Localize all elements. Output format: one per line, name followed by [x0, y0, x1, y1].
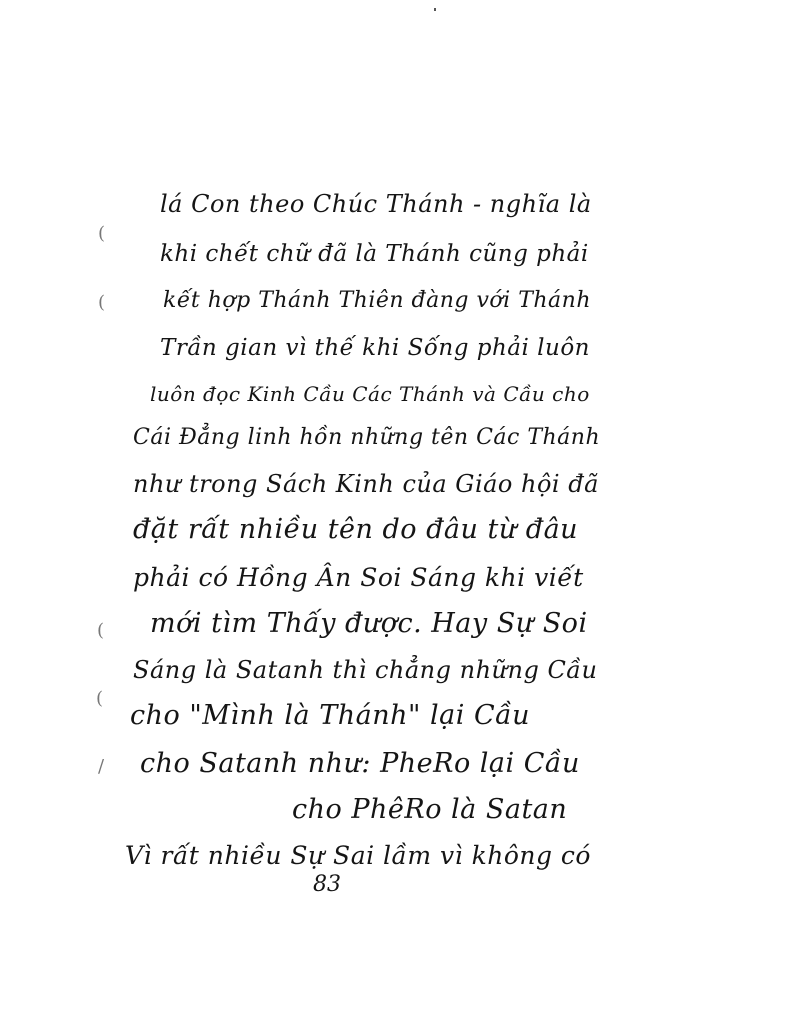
margin-mark: ( [97, 622, 104, 640]
text-line-6: Cái Đẳng linh hồn những tên Các Thánh [133, 420, 600, 456]
text-line-2: khi chết chữ đã là Thánh cũng phải [160, 236, 589, 272]
margin-mark: ( [96, 690, 103, 708]
text-line-15: Vì rất nhiều Sự Sai lầm vì không có [125, 838, 591, 874]
text-line-1: lá Con theo Chúc Thánh - nghĩa là [160, 186, 592, 222]
text-line-10: mới tìm Thấy được. Hay Sự Soi [150, 606, 588, 642]
text-line-12: cho "Mình là Thánh" lại Cầu [130, 698, 530, 734]
text-line-5: luôn đọc Kinh Cầu Các Thánh và Cầu cho [150, 376, 590, 412]
text-line-7: như trong Sách Kinh của Giáo hội đã [133, 466, 599, 502]
margin-mark: / [98, 758, 104, 776]
page-number: 83 [313, 872, 341, 897]
text-line-4: Trần gian vì thế khi Sống phải luôn [160, 330, 590, 366]
margin-mark: ( [98, 294, 105, 312]
text-line-11: Sáng là Satanh thì chẳng những Cầu [133, 652, 597, 688]
margin-mark: ( [98, 225, 105, 243]
text-line-13: cho Satanh như: PheRo lại Cầu [140, 746, 580, 782]
text-line-3: kết hợp Thánh Thiên đàng với Thánh [163, 283, 591, 319]
text-line-9: phải có Hồng Ân Soi Sáng khi viết [133, 560, 584, 596]
paper-speck [434, 8, 436, 11]
text-line-14: cho PhêRo là Satan [292, 792, 567, 828]
handwritten-page: ( ( ( ( / lá Con theo Chúc Thánh - nghĩa… [0, 0, 791, 1024]
text-line-8: đặt rất nhiều tên do đâu từ đâu [133, 512, 578, 548]
